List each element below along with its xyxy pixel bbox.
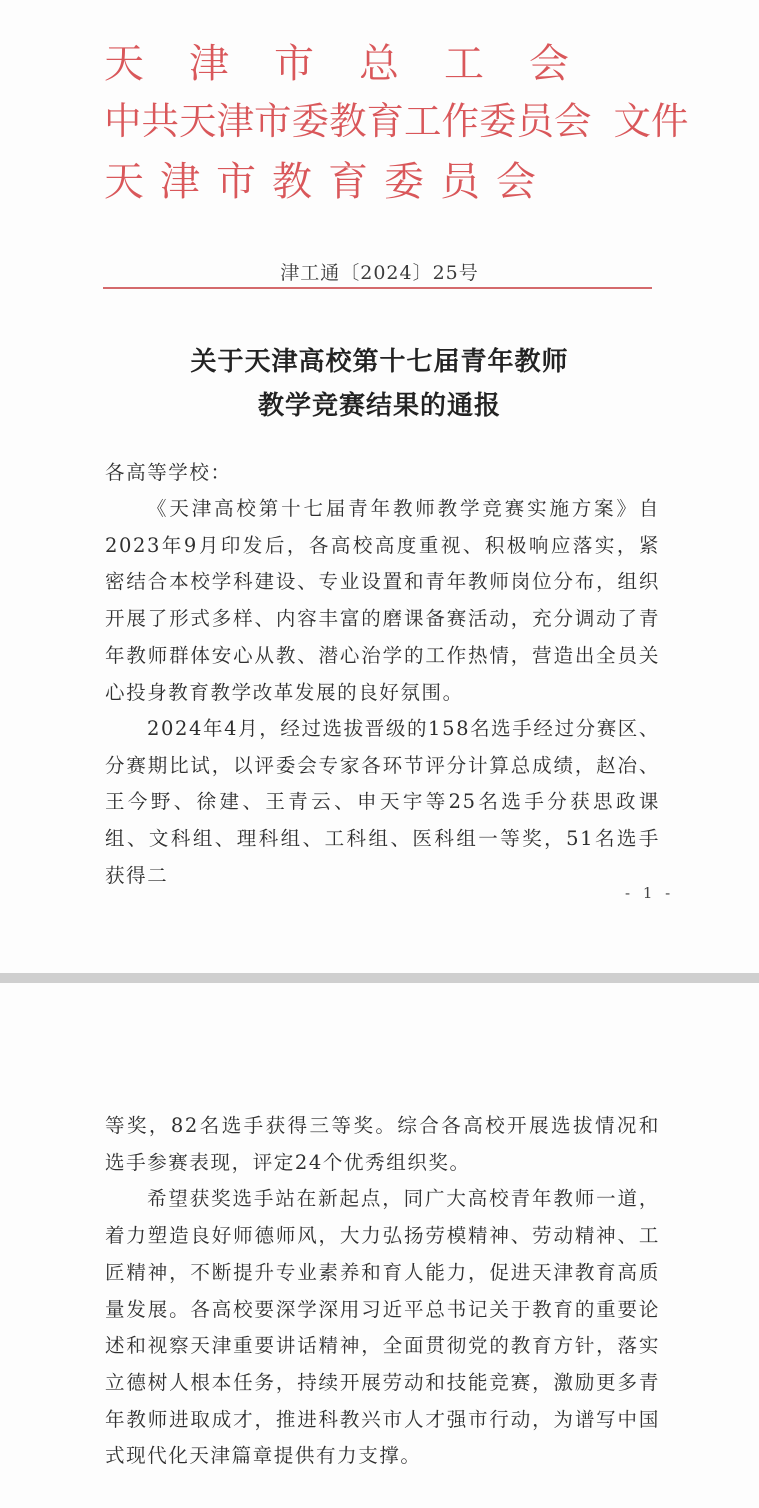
paragraph-2: 2024年4月，经过选拔晋级的158名选手经过分赛区、分赛期比试，以评委会专家各… — [105, 711, 660, 895]
document-page-1: 天津市总工会 中共天津市委教育工作委员会文件 天津市教育委员会 津工通〔2024… — [0, 0, 759, 973]
document-title-line-1: 关于天津高校第十七届青年教师 — [0, 349, 759, 375]
page-separator — [0, 973, 759, 983]
salutation-text: 各高等学校： — [105, 455, 660, 492]
issuer-header-line-1: 天津市总工会 — [104, 44, 614, 84]
paragraph-3: 等奖，82名选手获得三等奖。综合各高校开展选拔情况和选手参赛表现，评定24个优秀… — [105, 1108, 660, 1475]
salutation: 各高等学校： — [105, 455, 660, 492]
issuer-header-line-3: 天津市教育委员会 — [104, 162, 552, 202]
document-number: 津工通〔2024〕25号 — [0, 258, 759, 285]
page-number: - 1 - — [625, 884, 674, 902]
issuer-header-document-label: 文件 — [614, 99, 689, 143]
paragraph-2-text: 2024年4月，经过选拔晋级的158名选手经过分赛区、分赛期比试，以评委会专家各… — [105, 711, 660, 895]
paragraph-3-text: 等奖，82名选手获得三等奖。综合各高校开展选拔情况和选手参赛表现，评定24个优秀… — [105, 1108, 660, 1181]
paragraph-1-text: 《天津高校第十七届青年教师教学竞赛实施方案》自2023年9月印发后，各高校高度重… — [105, 491, 660, 711]
red-divider-rule — [103, 287, 652, 289]
issuer-header-line-2: 中共天津市委教育工作委员会文件 — [104, 103, 689, 141]
paragraph-1: 《天津高校第十七届青年教师教学竞赛实施方案》自2023年9月印发后，各高校高度重… — [105, 491, 660, 711]
document-title-line-2: 教学竞赛结果的通报 — [0, 393, 759, 419]
issuer-header-line-2-main: 中共天津市委教育工作委员会 — [104, 99, 592, 143]
paragraph-4-text: 希望获奖选手站在新起点，同广大高校青年教师一道，着力塑造良好师德师风，大力弘扬劳… — [105, 1181, 660, 1475]
